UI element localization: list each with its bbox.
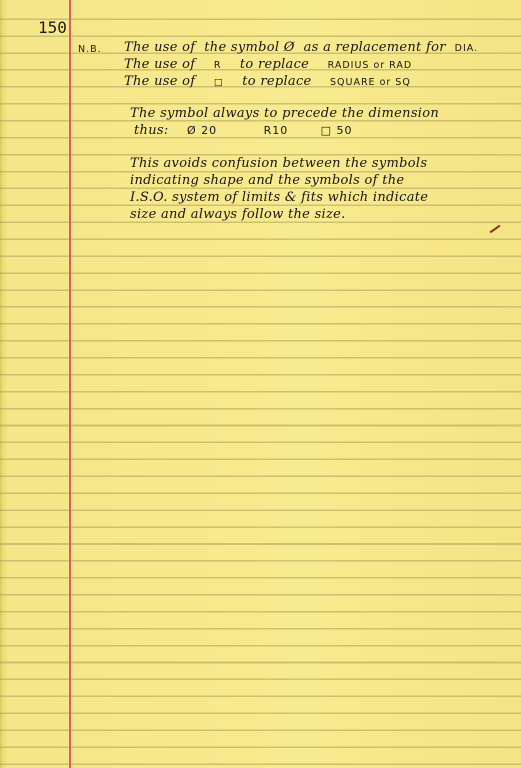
explanation-line-3: I.S.O. system of limits & fits which ind… [130,190,428,205]
margin-line [69,0,71,768]
precede-line: The symbol always to precede the dimensi… [130,106,439,121]
explanation-line-4: size and always follow the size. [130,207,346,222]
symbol-line-square: The use of □ to replace SQUARE or SQ [124,74,411,89]
symbol-line-diameter: The use of the symbol Ø as a replacement… [124,40,478,55]
explanation-line-2: indicating shape and the symbols of the [130,173,404,188]
examples-line: thus: Ø 20 R10 □ 50 [134,123,353,138]
symbol-line-radius: The use of R to replace RADIUS or RAD [124,57,412,72]
explanation-line-1: This avoids confusion between the symbol… [130,156,427,171]
nb-label: N.B. [78,44,102,55]
page-number: 150 [38,18,67,37]
notebook-page: 150 N.B. The use of the symbol Ø as a re… [0,0,521,768]
